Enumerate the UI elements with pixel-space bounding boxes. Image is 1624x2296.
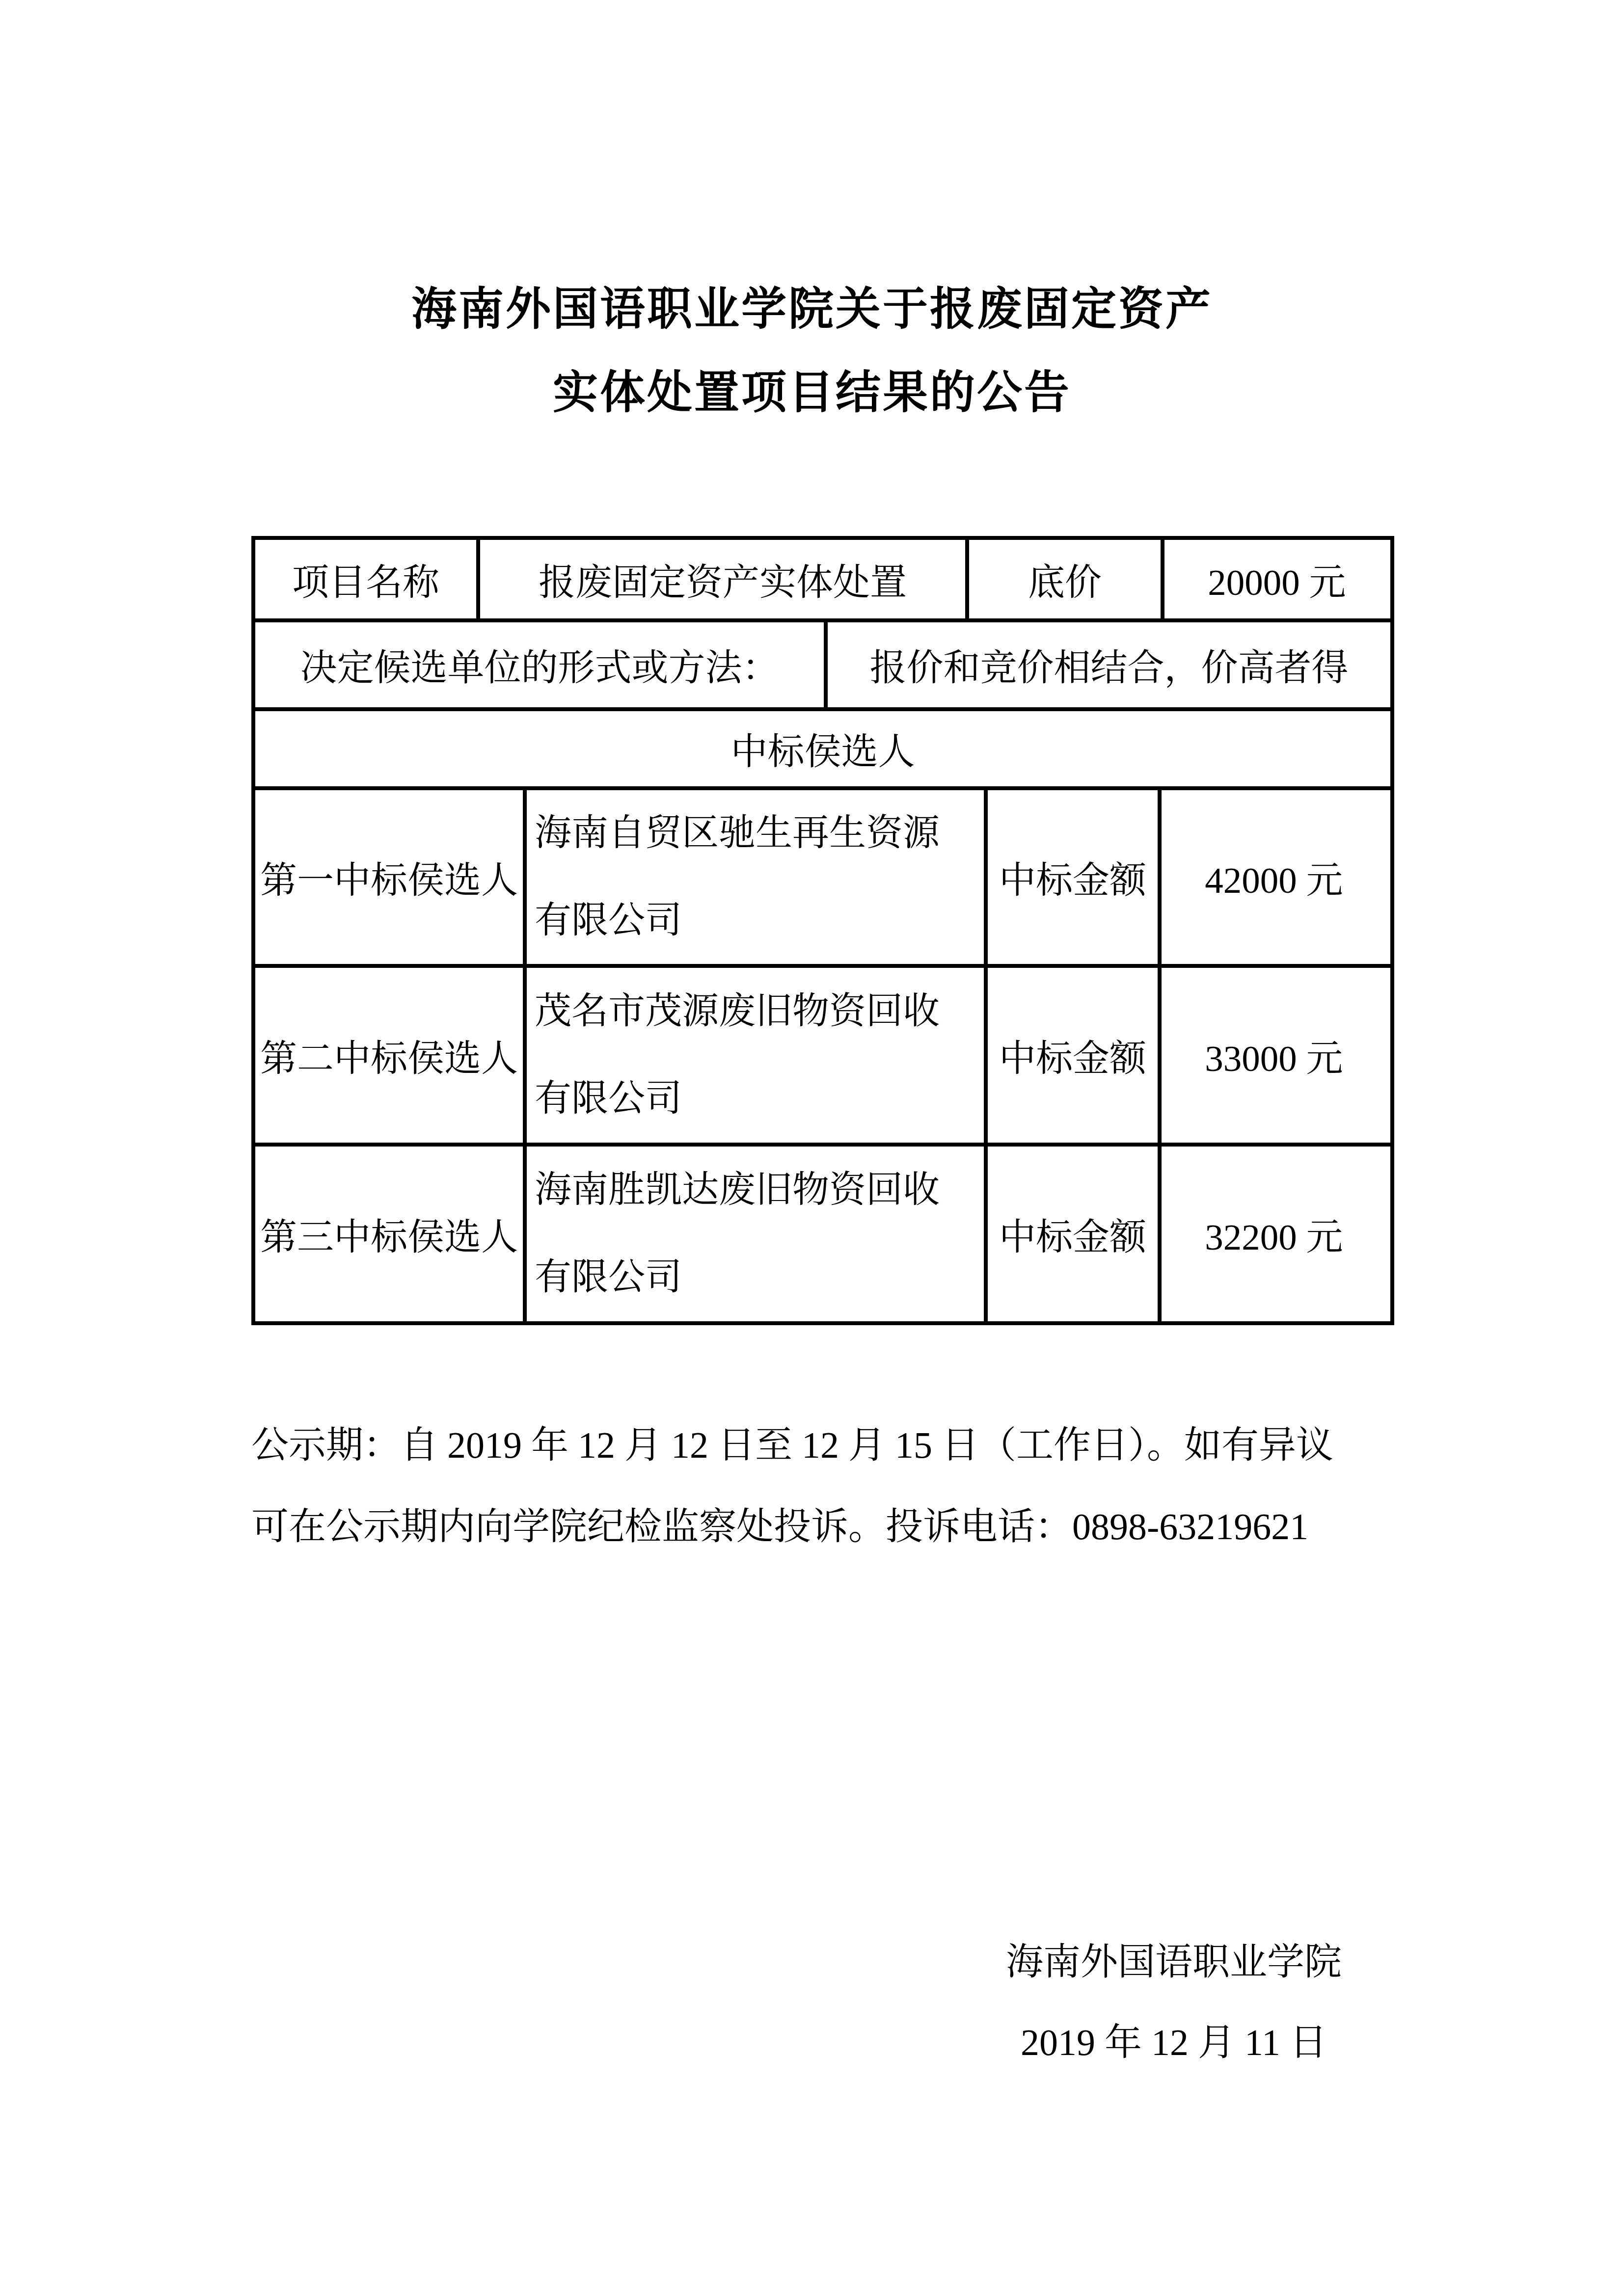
candidate-3-company-cell: 海南胜凯达废旧物资回收 有限公司 [527, 1147, 988, 1321]
candidate-1-rank-cell: 第一中标侯选人 [255, 790, 527, 964]
table-row-candidate-1: 第一中标侯选人 海南自贸区驰生再生资源 有限公司 中标金额 42000 元 [255, 790, 1390, 968]
project-name-value-cell: 报废固定资产实体处置 [480, 540, 969, 618]
signature-block: 海南外国语职业学院 2019 年 12 月 11 日 [1006, 1922, 1342, 2083]
table-row-section-header: 中标侯选人 [255, 711, 1390, 790]
candidate-2-rank-cell: 第二中标侯选人 [255, 968, 527, 1143]
method-value-cell: 报价和竞价相结合，价高者得 [828, 622, 1390, 707]
document-title: 海南外国语职业学院关于报废固定资产 实体处置项目结果的公告 [0, 0, 1624, 434]
candidates-section-header-cell: 中标侯选人 [255, 711, 1390, 786]
candidate-3-amount-label-cell: 中标金额 [988, 1147, 1162, 1321]
candidate-3-rank-cell: 第三中标侯选人 [255, 1147, 527, 1321]
candidate-3-amount-value-cell: 32200 元 [1162, 1147, 1386, 1321]
table-row-method: 决定候选单位的形式或方法： 报价和竞价相结合，价高者得 [255, 622, 1390, 711]
table-row-project: 项目名称 报废固定资产实体处置 底价 20000 元 [255, 540, 1390, 622]
method-label-cell: 决定候选单位的形式或方法： [255, 622, 828, 707]
table-row-candidate-2: 第二中标侯选人 茂名市茂源废旧物资回收 有限公司 中标金额 33000 元 [255, 968, 1390, 1147]
candidate-1-amount-value-cell: 42000 元 [1162, 790, 1386, 964]
candidate-2-company-cell: 茂名市茂源废旧物资回收 有限公司 [527, 968, 988, 1143]
candidate-2-amount-value-cell: 33000 元 [1162, 968, 1386, 1143]
signature-date: 2019 年 12 月 11 日 [1006, 2002, 1342, 2083]
candidate-2-amount-label-cell: 中标金额 [988, 968, 1162, 1143]
project-name-label-cell: 项目名称 [255, 540, 480, 618]
candidate-1-company-cell: 海南自贸区驰生再生资源 有限公司 [527, 790, 988, 964]
results-table: 项目名称 报废固定资产实体处置 底价 20000 元 决定候选单位的形式或方法：… [251, 536, 1394, 1325]
document-page: 海南外国语职业学院关于报废固定资产 实体处置项目结果的公告 项目名称 报废固定资… [0, 0, 1624, 2296]
table-row-candidate-3: 第三中标侯选人 海南胜凯达废旧物资回收 有限公司 中标金额 32200 元 [255, 1147, 1390, 1321]
base-price-label-cell: 底价 [969, 540, 1164, 618]
signature-org: 海南外国语职业学院 [1006, 1922, 1342, 2002]
title-line-1: 海南外国语职业学院关于报废固定资产 [0, 267, 1624, 351]
base-price-value-cell: 20000 元 [1164, 540, 1389, 618]
title-line-2: 实体处置项目结果的公告 [0, 351, 1624, 434]
candidate-1-amount-label-cell: 中标金额 [988, 790, 1162, 964]
publicity-period-notice: 公示期：自 2019 年 12 月 12 日至 12 月 15 日（工作日）。如… [251, 1405, 1538, 1568]
